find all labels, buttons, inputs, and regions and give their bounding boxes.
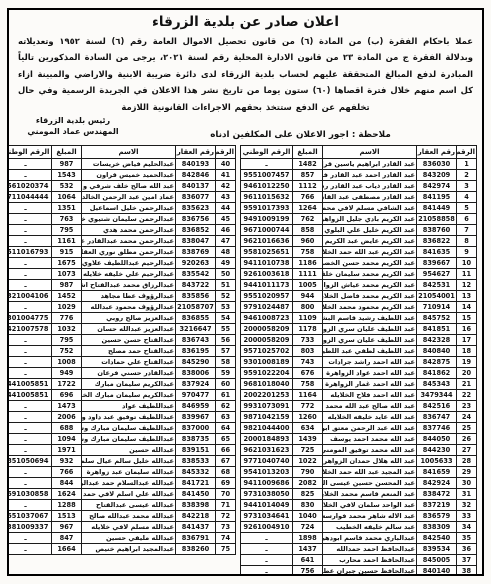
cell-name: عبدالله عيسى عبدالفتاح [82,499,176,510]
table-row: 69841721عبدالله عبدالسلام حمد عبدالرزاق … [7,477,236,488]
cell-property-no: 845752 [417,312,457,323]
cell-serial: 16 [457,323,477,334]
cell-property-no: 836855 [176,312,216,323]
table-row: 58845290عبدالفتاح علي حمادات1008ـ [7,356,236,367]
cell-amount: 858 [293,224,323,235]
cell-name: عبد الله عبد الرحمن معتق ابو جنيشه [323,422,417,433]
cell-property-no: 842516 [417,400,457,411]
cell-national-no: ـ [241,532,293,543]
table-row: 553216647عبدالعزيز عبدالله حسان103294210… [7,323,236,334]
col-property-no: رقم العقار [176,145,216,158]
cell-serial: 11 [457,268,477,279]
cell-serial: 21 [457,378,477,389]
table-row: 16841851عبد اللطيف عليان سري الزواهرة و … [241,323,477,334]
cell-property-no: 844230 [417,444,457,455]
col-property-no: رقم العقار [417,145,457,158]
cell-amount: 1260 [293,411,323,422]
cell-amount: 1178 [293,323,323,334]
table-row: 30842924عبد المحسن حسين عيسى الزواهرة208… [241,477,477,488]
cell-property-no: 838760 [417,224,457,235]
cell-amount: 1111 [293,268,323,279]
cell-name: عبدالله محمد عبدالله صالح [82,510,176,521]
cell-property-no: 842531 [417,279,457,290]
cell-serial: 41 [216,169,236,180]
cell-name: عبد الكريم عبد الله حمد الخلايله [323,246,417,257]
table-row: 68845332عبدالله سليمان عبد زواهرة766ـ [7,466,236,477]
cell-name: عبد المنعم قاسم محمد الخلايله [323,488,417,499]
cell-property-no: 839667 [417,257,457,268]
cell-national-no: 9561020374 [7,180,52,191]
cell-serial: 15 [457,312,477,323]
cell-amount: 641 [293,554,323,565]
signature-title: رئيس بلدية الزرقاء [18,116,128,127]
table-row: 27844230عبد الله محمد توفيق المومني72596… [241,444,477,455]
cell-serial: 44 [216,202,236,213]
cell-serial: 58 [216,356,236,367]
cell-serial: 26 [457,433,477,444]
cell-national-no: ـ [7,345,52,356]
cell-amount: 800 [293,301,323,312]
cell-national-no: 9441005851 [7,389,52,400]
cell-name: عبد الله محمد توفيق المومني [323,444,417,455]
table-row: 5841449عبد الشافي مسلم لافي محمد12649591… [241,202,477,213]
table-row: 45836756عبدالرحمن سليمان شتيوي خلايله763… [7,213,236,224]
cell-national-no: 9731034641 [241,510,293,521]
cell-national-no: 9651037067 [7,510,52,521]
table-row: 7838760عبد الكريم خليل علي البلوي8589671… [241,224,477,235]
table-row: 40840193عبدالحليم فياض خريسات987ـ [7,158,236,169]
table-row: 70841450عبدالله علي اسلم لافي حمد1624969… [7,488,236,499]
cell-property-no: 838398 [176,499,216,510]
cell-serial: 12 [457,279,477,290]
cell-amount: 688 [52,422,82,433]
cell-property-no: 954627 [417,268,457,279]
cell-serial: 34 [457,521,477,532]
cell-property-no: 842328 [417,334,457,345]
cell-national-no: ـ [7,532,52,543]
cell-property-no: 835542 [176,268,216,279]
cell-property-no: 836852 [176,224,216,235]
cell-name: عبدالحافظ احمد محارب [323,554,417,565]
table-row: 59838006عبدالقادر حسني فرعان949ـ [7,367,236,378]
cell-name: عبدالرحيم علي خليفه خلايله [82,268,176,279]
table-row: 11954627عبد الكريم محمد سليمان خلف111192… [241,268,477,279]
cell-serial: 45 [216,213,236,224]
cell-serial: 61 [216,389,236,400]
cell-amount: 1971 [52,444,82,455]
table-row: 15845752عبد اللطيف رشيد قاسم البشر و شري… [241,312,477,323]
cell-national-no: ـ [7,257,52,268]
cell-property-no: 841659 [417,466,457,477]
cell-name: عبد اللطيف عليان سري الزواهرة [323,334,417,345]
cell-national-no: 9491009199 [241,213,293,224]
cell-name: عبد اللطيف لطفي عبد اللطيف عبد الله [323,345,417,356]
table-row: 42840137عبد الله صالح خلف شرقي و شركاه53… [7,180,236,191]
cell-name: عبدالفتاح حسن حسين [82,334,176,345]
table-row: 33836579عبد الاله شاهر محمد فوارسه104097… [241,510,477,521]
cell-name: عبد الله عايد خليفه الخلايله [323,411,417,422]
cell-name: عبداللطيف سليمان مبارك وشركاه [82,433,176,444]
cell-property-no: 920263 [176,257,216,268]
announcement-body: عملا باحكام الفقرة (ب) من المادة (٦) من … [18,33,473,115]
cell-serial: 30 [457,477,477,488]
cell-name: عبداللطيف سليمان مبارك وشركاه [82,422,176,433]
col-serial: الرقم [457,145,477,158]
table-row: 43836077عماد امين عبد الرحمن الخالديه و … [7,191,236,202]
cell-serial: 71 [216,499,236,510]
cell-national-no: 2000058209 [241,334,293,345]
cell-amount: 987 [52,279,82,290]
cell-name: عبد الله احمد عواد الزواهرة [323,367,417,378]
table-row: 57836195عبدالفتاح حمد مصلح752ـ [7,345,236,356]
cell-property-no: 837219 [417,499,457,510]
cell-name: عبدالله سليمان عبد زواهرة [82,466,176,477]
cell-serial: 47 [216,235,236,246]
cell-serial: 72 [216,510,236,521]
cell-serial: 33 [457,510,477,521]
cell-property-no: 840193 [176,158,216,169]
cell-property-no: 21058858 [417,213,457,224]
cell-amount: 724 [293,521,323,532]
cell-national-no: 9871042159 [241,411,293,422]
cell-national-no: ـ [7,411,52,422]
cell-serial: 3 [457,180,477,191]
cell-national-no: 2000184893 [241,433,293,444]
table-row: 4841195عبد القادر مصطفى عبد القادر مصلح7… [241,191,477,202]
col-name: الاسم [82,145,176,158]
cell-amount: 766 [52,466,82,477]
cell-serial: 9 [457,246,477,257]
cell-national-no: ـ [241,565,293,576]
cell-amount: 743 [293,356,323,367]
table-row: 31838472عبد المنعم قاسم محمد الخلايله825… [241,488,477,499]
cell-property-no: 845343 [417,378,457,389]
page-title: اعلان صادر عن بلدية الزرقاء [14,14,477,30]
cell-property-no: 837924 [176,378,216,389]
cell-serial: 24 [457,411,477,422]
cell-property-no: 3216647 [176,323,216,334]
cell-national-no: 9571025702 [241,345,293,356]
table-row: 62846959عبداللطيف عواد1473ـ [7,400,236,411]
cell-property-no: 836579 [417,510,457,521]
cell-name: عبداللطيف توفيق عبد داود وشركاء [82,411,176,422]
cell-name: عبدالكريم سليمان مبارك [82,378,176,389]
cell-national-no: ـ [7,400,52,411]
cell-name: عبد الله احمد راشد جرادات [323,356,417,367]
cell-name: عبد الله صالح خلف شرقي و شركاه [82,180,176,191]
table-header-row: الرقم رقم العقار الاسم المبلغ الرقم الوط… [7,145,236,158]
cell-amount: 1437 [293,543,323,554]
cell-serial: 25 [457,422,477,433]
table-row: 72842218عبدالله محمد عبدالله صالح1513965… [7,510,236,521]
table-row: 24836747عبد الله عايد خليفه الخلايله1260… [241,411,477,422]
cell-name: عبد القادر مصطفى عبد القادر مصلح [323,191,417,202]
cell-serial: 31 [457,488,477,499]
cell-national-no: 9681018040 [241,378,293,389]
cell-serial: 36 [457,543,477,554]
table-row: 41842846عبدالحميد خميس قراون1543ـ [7,169,236,180]
cell-amount: 944 [293,290,323,301]
cell-serial: 43 [216,191,236,202]
cell-national-no: 9621016636 [241,235,293,246]
cell-serial: 55 [216,323,236,334]
table-row: 71838398عبدالله عيسى عبدالفتاح1288ـ [7,499,236,510]
cell-name: عبد الكريم عايض عبد الكريم خلايله [323,235,417,246]
cell-property-no: 843722 [176,279,216,290]
cell-serial: 29 [457,466,477,477]
cell-national-no: 9261003618 [241,268,293,279]
cell-property-no: 838309 [417,521,457,532]
cell-serial: 20 [457,367,477,378]
cell-property-no: 839967 [176,411,216,422]
cell-name: عبد الكريم محمد سليمان خلف [323,268,417,279]
cell-serial: 69 [216,477,236,488]
cell-property-no: 836791 [176,532,216,543]
cell-amount: 1624 [52,488,82,499]
cell-property-no: 836077 [176,191,216,202]
table-header-row: الرقم رقم العقار الاسم المبلغ الرقم الوط… [241,145,477,158]
cell-national-no: ـ [7,224,52,235]
cell-national-no: 9441014049 [241,499,293,510]
cell-national-no: ـ [7,213,52,224]
cell-amount: 915 [52,246,82,257]
cell-name: عبدالرحمن سليمان شتيوي خلايله [82,213,176,224]
table-row: 52835856عبدالرؤوف عطا مجاهد1452932100410… [7,290,236,301]
cell-serial: 64 [216,422,236,433]
cell-property-no: 21054001 [417,290,457,301]
table-row: 18840840عبد اللطيف لطفي عبد اللطيف عبد ا… [241,345,477,356]
cell-name: عبد الكريم خليل علي البلوي [323,224,417,235]
cell-property-no: 840840 [417,345,457,356]
cell-national-no: ـ [7,158,52,169]
cell-amount: 1543 [52,169,82,180]
cell-name: عبد الكريم محمد فاضل الخلايله [323,290,417,301]
cell-amount: 1161 [52,235,82,246]
cell-national-no: 9931073091 [241,400,293,411]
table-row: 3842974عبد القادر ذياب عبد القادر رشيد11… [241,180,477,191]
table-right: الرقم رقم العقار الاسم المبلغ الرقم الوط… [240,145,477,576]
cell-national-no: 9791024487 [241,301,293,312]
cell-name: عبدالرحمن خليل اسماعيل [82,202,176,213]
table-row: 34838309عبد سالم خليفه الخطيب72492610049… [241,521,477,532]
cell-national-no: 9441005851 [7,378,52,389]
cell-serial: 46 [216,224,236,235]
cell-national-no: 9551020957 [241,290,293,301]
cell-serial: 62 [216,400,236,411]
cell-national-no: 9611015632 [241,191,293,202]
cell-national-no: ـ [7,202,52,213]
cell-name: عبدالحافظ حسين جبران عطيه [323,565,417,576]
cell-property-no: 841449 [417,202,457,213]
table-row: 63839967عبداللطيف توفيق عبد داود وشركاء2… [7,411,236,422]
cell-property-no: 835623 [176,202,216,213]
cell-name: عبد الاله شاهر محمد فوارسه [323,510,417,521]
cell-name: عبدالرحمن مطلق نوري العقايده [82,246,176,257]
cell-name: عبدالحليم فياض خريسات [82,158,176,169]
cell-property-no: 840140 [417,565,457,576]
announcement-page: اعلان صادر عن بلدية الزرقاء عملا باحكام … [0,0,491,584]
table-row: 281005633عبد الله هلال حمدان الزواهرة102… [241,455,477,466]
cell-amount: 758 [293,378,323,389]
cell-amount: 752 [52,345,82,356]
cell-name: عبد القادر ذياب عبد القادر رشيد [323,180,417,191]
cell-name: عبد الكريم بادي جليل الزواهرة [323,213,417,224]
table-row: 47838047عبدالرحمن محمد عبدالقادر عبدالله… [7,235,236,246]
cell-amount: 762 [293,213,323,224]
cell-amount: 1064 [52,191,82,202]
table-row: 17842328عبد اللطيف عليان سري الزواهرة733… [241,334,477,345]
cell-amount: 758 [293,246,323,257]
cell-name: عبدالعزيز عبدالله حسان [82,323,176,334]
cell-national-no: 9591017393 [241,202,293,213]
cell-property-no: 845332 [176,466,216,477]
table-row: 73841437عبدالله مسلم لافي خلايله96793810… [7,521,236,532]
cell-national-no: ـ [241,158,293,169]
cell-name: عبدالرزاق محمد عبدالفتاح اشعل [82,279,176,290]
cell-property-no: 839534 [417,543,457,554]
cell-national-no: 9591022204 [241,367,293,378]
cell-national-no: 9261004910 [241,521,293,532]
meta-row: ملاحظة : اجور الاعلان على المكلفين ادناه… [18,116,473,140]
cell-name: عبدالرحمن محمد عبدالقادر عبدالله [82,235,176,246]
cell-property-no: 835856 [176,290,216,301]
cell-serial: 7 [457,224,477,235]
col-serial: الرقم [216,145,236,158]
cell-name: عبدالرؤوف عطا مجاهد [82,290,176,301]
cell-property-no: 836195 [176,345,216,356]
cell-property-no: 3479344 [417,389,457,400]
cell-serial: 23 [457,400,477,411]
cell-amount: 1022 [293,455,323,466]
cell-name: عبدالفتاح علي حمادات [82,356,176,367]
cell-property-no: 710914 [417,301,457,312]
cell-national-no: ـ [7,543,52,554]
cell-property-no: 837746 [417,422,457,433]
table-row: 14710914عبد الكريم محمود محمد الخلايله و… [241,301,477,312]
cell-property-no: 842218 [176,510,216,521]
table-row: 67838533عبدالله خليل سالم عيال سلمان9329… [7,455,236,466]
cell-name: عبد القادر ابراهيم ياسين قراح [323,158,417,169]
cell-national-no: 9321004106 [7,290,52,301]
cell-property-no: 1005633 [417,455,457,466]
cell-national-no: 9301004775 [7,312,52,323]
cell-name: عبد الله احمد غمار الزواهرة [323,378,417,389]
cell-national-no: 9441011173 [241,279,293,290]
cell-serial: 6 [457,213,477,224]
cell-name: عبد المجيد عبد الله حمد الخلايله [323,466,417,477]
cell-amount: 1513 [52,510,82,521]
cell-amount: 763 [52,213,82,224]
table-row: 48838769عبدالرحمن مطلق نوري العقايده9159… [7,246,236,257]
cell-property-no: 841450 [176,488,216,499]
cell-name: عماد امين عبد الرحمن الخالديه و شريكه [82,191,176,202]
cell-property-no: 841635 [417,246,457,257]
cell-serial: 28 [457,455,477,466]
table-row: 61970477عبدالكريم سليمان مبارك الخلايله … [7,389,236,400]
cell-serial: 73 [216,521,236,532]
cell-serial: 65 [216,433,236,444]
cell-amount: 772 [293,400,323,411]
cell-name: عبدالمجيد ابراهيم خنيص [82,543,176,554]
cell-serial: 68 [216,466,236,477]
cell-property-no: 842540 [417,532,457,543]
cell-name: عبدالله خليل سالم عيال سلمان [82,455,176,466]
cell-national-no: 9301008189 [241,356,293,367]
cell-amount: 756 [293,565,323,576]
table-row: 29841659عبد المجيد عبد الله حمد الخلايله… [241,466,477,477]
cell-name: عبدالله حسين [82,444,176,455]
table-row: 19842875عبد الله احمد راشد جرادات7439301… [241,356,477,367]
signature-block: رئيس بلدية الزرقاء المهندس عماد المومني [18,116,128,138]
cell-name: عبد اللطيف رشيد قاسم البشر و شريكه [323,312,417,323]
table-row: 25837746عبد الله عبد الرحمن معتق ابو جني… [241,422,477,433]
cell-amount: 776 [52,312,82,323]
note-text: ملاحظة : اجور الاعلان على المكلفين ادناه [128,116,473,140]
cell-property-no: 839151 [176,444,216,455]
cell-name: عبدالله مسلم لافي خلايله [82,521,176,532]
cell-name: عبد الواحد سلمان لافي الخلايله [323,499,417,510]
cell-amount: 967 [52,521,82,532]
table-row: 56836743عبدالفتاح حسن حسين795ـ [7,334,236,345]
table-row: 49920263عبدالرحيم عبداللطيف علاوي الخلاي… [7,257,236,268]
cell-national-no: 9821044400 [241,422,293,433]
table-row: 21845343عبد الله احمد غمار الزواهرة75896… [241,378,477,389]
cell-serial: 1 [457,158,477,169]
cell-amount: 634 [293,422,323,433]
cell-serial: 63 [216,411,236,422]
cell-serial: 60 [216,378,236,389]
cell-name: عبد الكريم محمد حسن الخضر [323,257,417,268]
cell-name: عبدالرحمن محمد هدي [82,224,176,235]
cell-name: عبد الله هلال حمدان الزواهرة [323,455,417,466]
table-row: 1321054001عبد الكريم محمد فاضل الخلايله9… [241,290,477,301]
col-amount: المبلغ [52,145,82,158]
cell-property-no: 841721 [176,477,216,488]
cell-property-no: 838006 [176,367,216,378]
table-row: 2843209عبد القادر احمد عبد القادر فروخ85… [241,169,477,180]
cell-amount: 1898 [293,532,323,543]
cell-serial: 4 [457,191,477,202]
cell-amount: 1073 [52,268,82,279]
cell-amount: 1112 [293,180,323,191]
cell-name: عبدالحميد خميس قراون [82,169,176,180]
cell-national-no: 9411010738 [241,257,293,268]
cell-serial: 35 [457,532,477,543]
cell-amount: 795 [52,334,82,345]
cell-name: عبدالرؤوف محمود عبدالله [82,301,176,312]
cell-national-no: ـ [7,334,52,345]
cell-property-no: 836756 [176,213,216,224]
table-row: 26844050عبد الله محمد احمد يوسف143920001… [241,433,477,444]
cell-name: عبدالرحيم عبداللطيف علاوي الخلايله [82,257,176,268]
cell-property-no: 842924 [417,477,457,488]
cell-national-no: 9851050694 [7,455,52,466]
cell-serial: 18 [457,345,477,356]
cell-national-no: 9711044444 [7,191,52,202]
cell-name: عبد اللطيف عليان سري الزواهرة و شركاه [323,323,417,334]
cell-property-no: 840137 [176,180,216,191]
cell-national-no: ـ [7,444,52,455]
cell-amount: 1722 [52,378,82,389]
cell-property-no: 845290 [176,356,216,367]
cell-national-no: 9671000744 [241,224,293,235]
cell-serial: 51 [216,279,236,290]
page-frame: اعلان صادر عن بلدية الزرقاء عملا باحكام … [7,8,484,576]
table-row: 50835542عبدالرحيم علي خليفه خلايله1073ـ [7,268,236,279]
table-row: 32837219عبد الواحد سلمان لافي الخلايله83… [241,499,477,510]
cell-amount: 844 [52,477,82,488]
cell-property-no: 841437 [176,521,216,532]
